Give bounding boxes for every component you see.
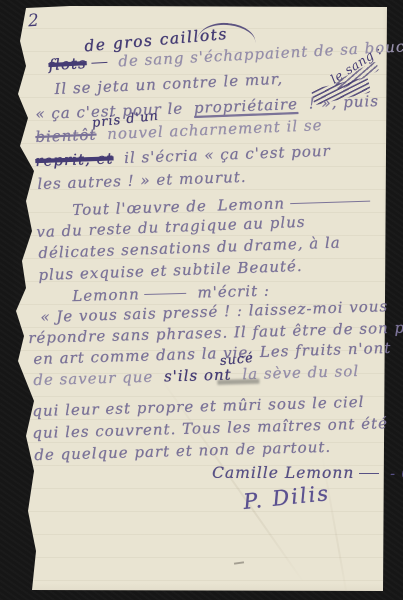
- page-number: 2: [27, 11, 39, 32]
- stray-pen-mark: [234, 561, 244, 564]
- signature-flourish: [359, 473, 379, 474]
- signature-name: Camille Lemonn: [212, 464, 354, 482]
- author-name: Lemonn: [72, 285, 140, 305]
- line-text: de saveur que: [33, 368, 153, 389]
- line-text: Il se jeta un contre le mur,: [54, 70, 283, 98]
- handwritten-line: les autres ! » et mourut.: [37, 168, 247, 193]
- name-flourish: [290, 201, 370, 205]
- line-text: m'écrit :: [197, 281, 270, 301]
- photographed-manuscript-page: 2 de gros caillots flots de sang s'échap…: [0, 0, 403, 600]
- struck-word: bientôt: [35, 125, 97, 146]
- catalog-mark: - 6: [390, 466, 403, 482]
- handwritten-line: de quelque part et non de partout.: [34, 438, 331, 464]
- handwritten-line: plus exquise et subtile Beauté.: [38, 257, 303, 284]
- struck-word: flots: [48, 54, 87, 74]
- underlined-word: propriétaire: [194, 95, 299, 117]
- pen-dash: [92, 62, 108, 64]
- ink-layer: 2 de gros caillots flots de sang s'échap…: [0, 0, 403, 600]
- signature-name: P. Dilis: [242, 481, 331, 514]
- signature-camille-lemonnier: Camille Lemonn - 6: [212, 464, 403, 482]
- author-name: Lemonn: [217, 194, 285, 214]
- handwritten-line: Il se jeta un contre le mur,: [54, 70, 283, 98]
- struck-words: reprit, et: [35, 149, 114, 170]
- line-text: la sève du sol: [242, 362, 359, 383]
- secondary-signature: P. Dilis: [242, 481, 331, 514]
- eraser-smudge: [217, 379, 259, 385]
- line-text: les autres ! » et mourut.: [37, 168, 247, 193]
- line-text: ! », puis: [308, 92, 379, 113]
- line-text: il s'écria « ça c'est pour: [124, 142, 331, 167]
- handwritten-line: reprit, et il s'écria « ça c'est pour: [35, 142, 331, 170]
- line-text: de quelque part et non de partout.: [34, 438, 331, 464]
- line-text: plus exquise et subtile Beauté.: [38, 257, 303, 284]
- line-text: Tout l'œuvre de: [72, 197, 207, 219]
- name-flourish: [145, 293, 187, 295]
